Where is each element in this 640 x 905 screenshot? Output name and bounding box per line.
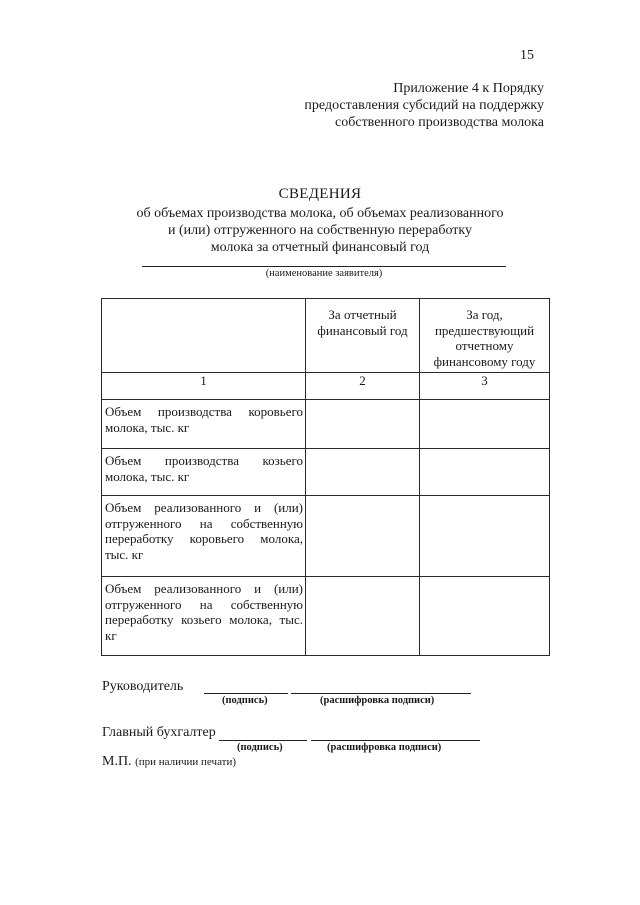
column-number: 1 [102, 373, 306, 400]
row-label: Объем производства коровьего молока, тыс… [102, 400, 306, 449]
stamp-note-text: (при наличии печати) [135, 756, 236, 768]
value-cell-current-year[interactable] [306, 577, 420, 656]
applicant-name-line[interactable] [142, 266, 506, 267]
table-row: Объем реализованного и (или) отгруженног… [102, 496, 550, 577]
appendix-line: Приложение 4 к Порядку [304, 80, 544, 97]
column-number-row: 1 2 3 [102, 373, 550, 400]
chief-accountant-decoding-caption: (расшифровка подписи) [327, 742, 441, 753]
appendix-header: Приложение 4 к Порядку предоставления су… [304, 80, 544, 131]
applicant-caption: (наименование заявителя) [142, 268, 506, 279]
page-number: 15 [520, 48, 534, 64]
subtitle-line: молока за отчетный финансовый год [0, 239, 640, 256]
table-header-row: За отчетный финансовый год За год, предш… [102, 299, 550, 373]
value-cell-previous-year[interactable] [420, 577, 550, 656]
stamp-label: М.П. [102, 754, 132, 769]
chief-accountant-label: Главный бухгалтер [102, 725, 216, 741]
value-cell-previous-year[interactable] [420, 496, 550, 577]
head-label: Руководитель [102, 679, 183, 695]
value-cell-current-year[interactable] [306, 400, 420, 449]
chief-accountant-signature-line[interactable] [219, 740, 307, 741]
chief-accountant-decoding-line[interactable] [311, 740, 480, 741]
appendix-line: собственного производства молока [304, 114, 544, 131]
value-cell-current-year[interactable] [306, 449, 420, 496]
milk-volume-table: За отчетный финансовый год За год, предш… [101, 298, 550, 656]
row-label: Объем реализованного и (или) отгруженног… [102, 496, 306, 577]
column-number: 2 [306, 373, 420, 400]
chief-accountant-signature-caption: (подпись) [237, 742, 283, 753]
header-cell-previous-year: За год, предшествующий отчетному финансо… [420, 299, 550, 373]
header-cell-current-year: За отчетный финансовый год [306, 299, 420, 373]
value-cell-previous-year[interactable] [420, 400, 550, 449]
table-row: Объем производства коровьего молока, тыс… [102, 400, 550, 449]
column-number: 3 [420, 373, 550, 400]
row-label: Объем реализованного и (или) отгруженног… [102, 577, 306, 656]
head-decoding-line[interactable] [291, 693, 471, 694]
head-signature-line[interactable] [204, 693, 288, 694]
table-row: Объем реализованного и (или) отгруженног… [102, 577, 550, 656]
subtitle-line: об объемах производства молока, об объем… [0, 205, 640, 222]
table-row: Объем производства козьего молока, тыс. … [102, 449, 550, 496]
stamp-note: М.П. (при наличии печати) [102, 754, 236, 770]
head-signature-caption: (подпись) [222, 695, 268, 706]
header-cell-blank [102, 299, 306, 373]
document-subtitle: об объемах производства молока, об объем… [0, 205, 640, 256]
head-decoding-caption: (расшифровка подписи) [320, 695, 434, 706]
value-cell-previous-year[interactable] [420, 449, 550, 496]
value-cell-current-year[interactable] [306, 496, 420, 577]
document-title: СВЕДЕНИЯ [0, 186, 640, 203]
appendix-line: предоставления субсидий на поддержку [304, 97, 544, 114]
subtitle-line: и (или) отгруженного на собственную пере… [0, 222, 640, 239]
row-label: Объем производства козьего молока, тыс. … [102, 449, 306, 496]
